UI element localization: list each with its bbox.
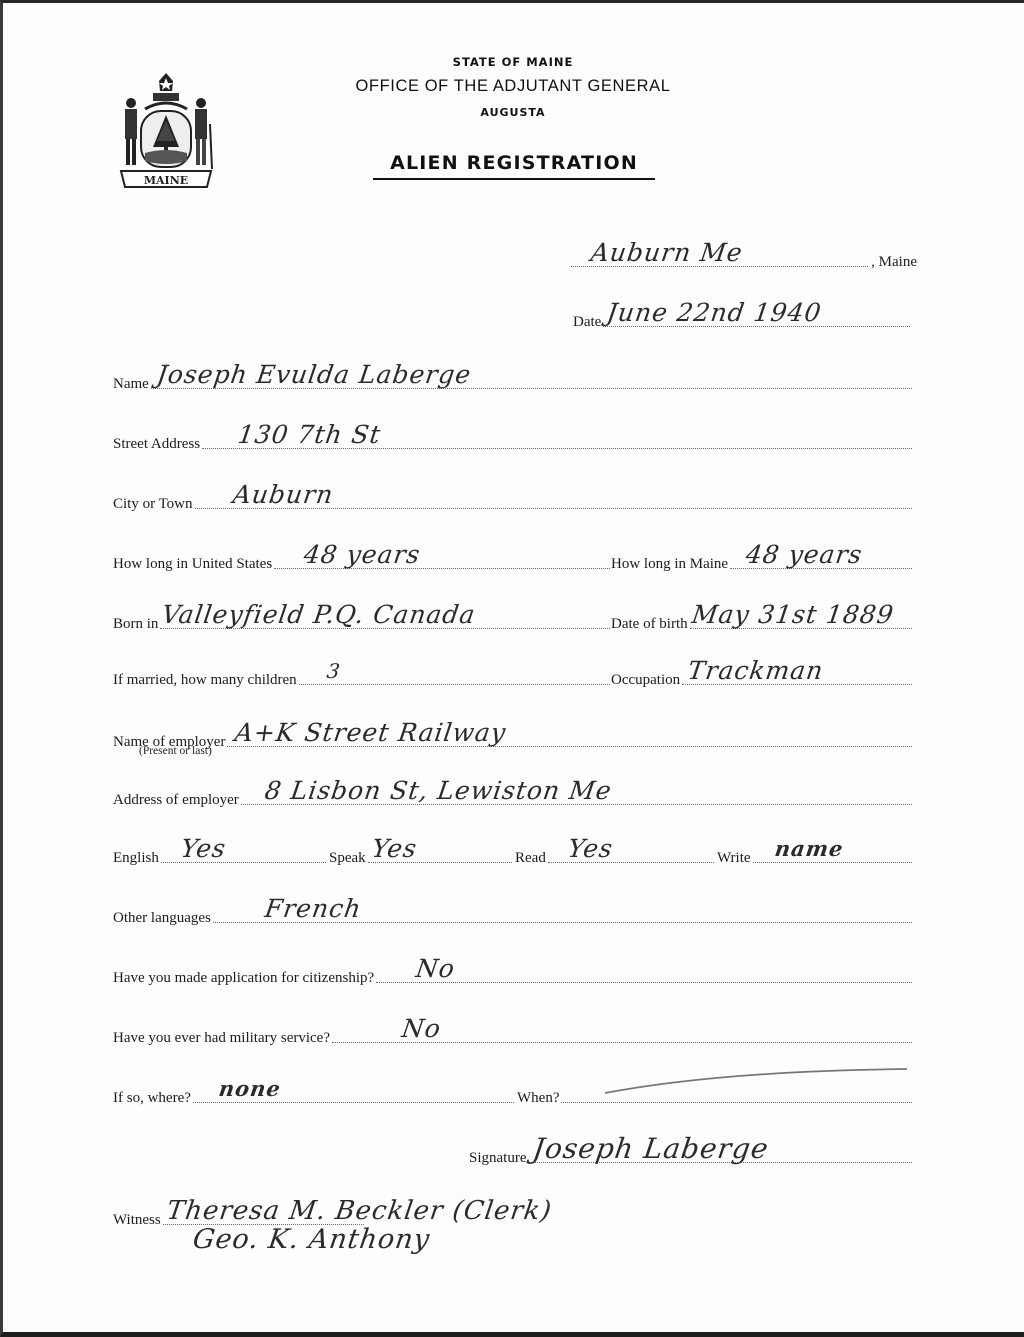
employer-address-field[interactable]: Address of employer 8 Lisbon St, Lewisto… <box>113 779 915 809</box>
place-value: Auburn Me <box>589 238 745 268</box>
date-of-birth-label: Date of birth <box>611 615 688 633</box>
header-city: AUGUSTA <box>343 106 683 119</box>
date-value: June 22nd 1940 <box>605 298 824 328</box>
occupation-field[interactable]: Occupation Trackman <box>611 659 915 689</box>
us-duration-field[interactable]: How long in United States 48 years <box>113 543 613 573</box>
citizenship-value: No <box>414 954 457 984</box>
signature-field[interactable]: Signature Joseph Laberge <box>469 1137 915 1167</box>
english-value: Yes <box>179 834 228 864</box>
street-address-field[interactable]: Street Address 130 7th St <box>113 423 915 453</box>
speak-label: Speak <box>329 849 366 867</box>
where-label: If so, where? <box>113 1089 191 1107</box>
born-in-label: Born in <box>113 615 158 633</box>
form-title: ALIEN REGISTRATION <box>373 152 655 180</box>
other-languages-field[interactable]: Other languages French <box>113 897 915 927</box>
other-languages-label: Other languages <box>113 909 211 927</box>
other-languages-value: French <box>263 894 364 924</box>
occupation-value: Trackman <box>686 656 826 686</box>
street-address-label: Street Address <box>113 435 200 453</box>
witness-label: Witness <box>113 1211 161 1229</box>
place-field[interactable]: Auburn Me , Maine <box>571 241 917 271</box>
street-address-value: 130 7th St <box>236 420 383 450</box>
date-field[interactable]: Date June 22nd 1940 <box>573 301 913 331</box>
place-label: , Maine <box>871 253 917 271</box>
children-value: 3 <box>325 656 343 686</box>
military-service-field[interactable]: Have you ever had military service? No <box>113 1017 915 1047</box>
write-label: Write <box>717 849 751 867</box>
employer-sublabel: (Present or last) <box>139 745 212 757</box>
when-dash-stroke <box>603 1067 913 1097</box>
maine-duration-field[interactable]: How long in Maine 48 years <box>611 543 915 573</box>
citizenship-label: Have you made application for citizenshi… <box>113 969 374 987</box>
write-field[interactable]: Write name <box>717 837 915 867</box>
children-label: If married, how many children <box>113 671 297 689</box>
city-value: Auburn <box>230 480 335 510</box>
maine-duration-value: 48 years <box>744 540 865 570</box>
english-field[interactable]: English Yes <box>113 837 329 867</box>
svg-text:MAINE: MAINE <box>144 174 188 187</box>
occupation-label: Occupation <box>611 671 680 689</box>
military-service-label: Have you ever had military service? <box>113 1029 330 1047</box>
read-field[interactable]: Read Yes <box>515 837 717 867</box>
children-field[interactable]: If married, how many children 3 <box>113 659 613 689</box>
employer-field[interactable]: Name of employer A+K Street Railway <box>113 721 915 751</box>
name-label: Name <box>113 375 149 393</box>
registration-form-page: MAINE STATE OF MAINE OFFICE OF THE ADJUT… <box>0 0 1024 1337</box>
date-label: Date <box>573 313 601 331</box>
employer-address-value: 8 Lisbon St, Lewiston Me <box>263 776 614 806</box>
maine-duration-label: How long in Maine <box>611 555 728 573</box>
signature-value: Joseph Laberge <box>530 1134 770 1164</box>
employer-value: A+K Street Railway <box>233 718 508 748</box>
born-in-field[interactable]: Born in Valleyfield P.Q. Canada <box>113 603 613 633</box>
write-value: name <box>772 834 845 864</box>
city-field[interactable]: City or Town Auburn <box>113 483 915 513</box>
date-of-birth-value: May 31st 1889 <box>690 600 896 630</box>
header-state: STATE OF MAINE <box>343 55 683 69</box>
where-value: none <box>217 1074 283 1104</box>
where-field[interactable]: If so, where? none <box>113 1077 517 1107</box>
header-office: OFFICE OF THE ADJUTANT GENERAL <box>343 77 683 96</box>
us-duration-value: 48 years <box>302 540 423 570</box>
military-service-value: No <box>400 1014 443 1044</box>
us-duration-label: How long in United States <box>113 555 272 573</box>
citizenship-field[interactable]: Have you made application for citizenshi… <box>113 957 915 987</box>
speak-value: Yes <box>370 834 419 864</box>
witness-second-value: Geo. K. Anthony <box>191 1225 432 1255</box>
english-label: English <box>113 849 159 867</box>
employer-address-label: Address of employer <box>113 791 239 809</box>
speak-field[interactable]: Speak Yes <box>329 837 515 867</box>
signature-label: Signature <box>469 1149 527 1167</box>
name-value: Joseph Evulda Laberge <box>155 360 473 390</box>
when-label: When? <box>517 1089 559 1107</box>
read-value: Yes <box>566 834 615 864</box>
city-label: City or Town <box>113 495 193 513</box>
name-field[interactable]: Name Joseph Evulda Laberge <box>113 363 915 393</box>
born-in-value: Valleyfield P.Q. Canada <box>160 600 478 630</box>
state-of-maine-seal-icon: MAINE <box>115 69 217 195</box>
witness-value: Theresa M. Beckler (Clerk) <box>165 1196 554 1226</box>
date-of-birth-field[interactable]: Date of birth May 31st 1889 <box>611 603 915 633</box>
read-label: Read <box>515 849 546 867</box>
